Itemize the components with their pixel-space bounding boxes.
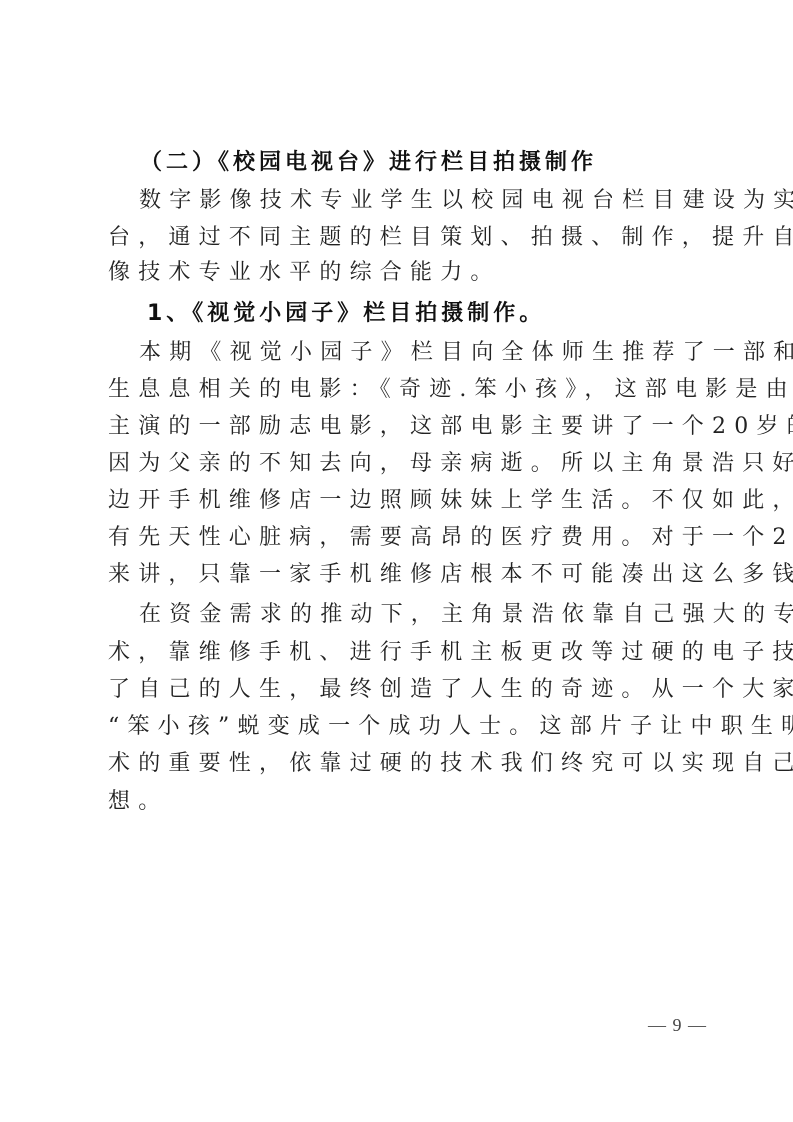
paragraph-3-line-1: 在资金需求的推动下，主角景浩依靠自己强大的专业技 (139, 598, 692, 632)
paragraph-1-line-2: 台，通过不同主题的栏目策划、拍摄、制作，提升自己数字影 (108, 221, 692, 255)
paragraph-1-line-1: 数字影像技术专业学生以校园电视台栏目建设为实践平 (139, 184, 692, 218)
paragraph-2-line-7: 来讲，只靠一家手机维修店根本不可能凑出这么多钱。 (108, 558, 692, 592)
paragraph-2-line-2: 生息息相关的电影：《奇迹.笨小孩》，这部电影是由易烊千玺 (108, 373, 692, 407)
paragraph-2-line-3: 主演的一部励志电影，这部电影主要讲了一个20岁的主角景浩 (108, 410, 692, 444)
section-heading: （二）《校园电视台》进行栏目拍摄制作 (140, 146, 724, 180)
subsection-heading: 1、《视觉小园子》栏目拍摄制作。 (147, 297, 731, 331)
paragraph-1-line-3: 像技术专业水平的综合能力。 (108, 256, 692, 290)
paragraph-3-line-3: 了自己的人生，最终创造了人生的奇迹。从一个大家看起来的 (108, 673, 692, 707)
paragraph-2-line-5: 边开手机维修店一边照顾妹妹上学生活。不仅如此，妹妹还患 (108, 484, 692, 518)
paragraph-2-line-1: 本期《视觉小园子》栏目向全体师生推荐了一部和中职学 (139, 336, 692, 370)
paragraph-3-line-4: “笨小孩”蜕变成一个成功人士。这部片子让中职生明白，技 (108, 710, 692, 744)
paragraph-3-line-6: 想。 (108, 785, 692, 819)
paragraph-3-line-5: 术的重要性，依靠过硬的技术我们终究可以实现自己的各种梦 (108, 747, 692, 781)
paragraph-2-line-6: 有先天性心脏病，需要高昂的医疗费用。对于一个20岁的青年 (108, 521, 692, 555)
document-page: （二）《校园电视台》进行栏目拍摄制作 数字影像技术专业学生以校园电视台栏目建设为… (0, 0, 793, 1122)
page-number: — 9 — (648, 1015, 707, 1036)
paragraph-2-line-4: 因为父亲的不知去向，母亲病逝。所以主角景浩只好辍学，一 (108, 447, 692, 481)
paragraph-3-line-2: 术，靠维修手机、进行手机主板更改等过硬的电子技术，改变 (108, 636, 692, 670)
